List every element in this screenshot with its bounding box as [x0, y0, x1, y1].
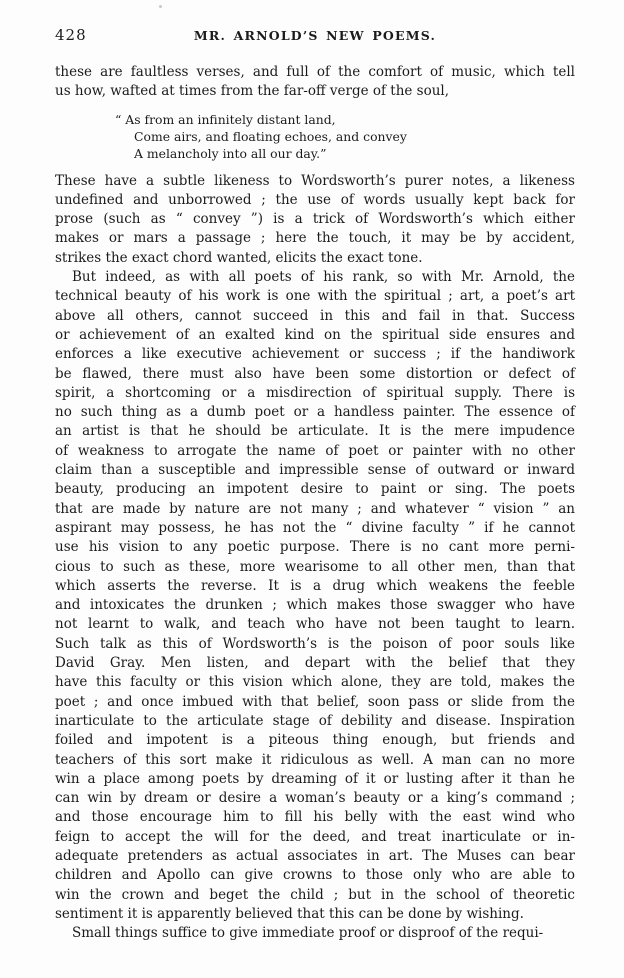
text-line: win a place among poets by dreaming of i… — [55, 770, 575, 789]
text-line: of weakness to arrogate the name of poet… — [55, 442, 575, 461]
text-line: an artist is that he should be articulat… — [55, 422, 575, 441]
page-number: 428 — [55, 26, 87, 44]
text-line: above all others, cannot succeed in this… — [55, 307, 575, 326]
verse-line: A melancholy into all our day.” — [134, 145, 575, 162]
text-line: children and Apollo can give crowns to t… — [55, 866, 575, 885]
text-line: can win by dream or desire a woman’s bea… — [55, 789, 575, 808]
verse-line: “ As from an infinitely distant land, — [115, 111, 575, 128]
page-header: 428 MR. ARNOLD’S NEW POEMS. — [55, 26, 575, 46]
text-line: feign to accept the will for the deed, a… — [55, 828, 575, 847]
text-line: technical beauty of his work is one with… — [55, 287, 575, 306]
text-line: poet ; and once imbued with that belief,… — [55, 693, 575, 712]
text-line: strikes the exact chord wanted, elicits … — [55, 249, 575, 268]
book-page: 428 MR. ARNOLD’S NEW POEMS. these are fa… — [0, 0, 624, 978]
text-line: these are faultless verses, and full of … — [55, 63, 575, 82]
text-line: enforces a like executive achievement or… — [55, 345, 575, 364]
text-line: cious to such as these, more wearisome t… — [55, 558, 575, 577]
text-line: aspirant may possess, he has not the “ d… — [55, 519, 575, 538]
text-line: These have a subtle likeness to Wordswor… — [55, 172, 575, 191]
text-line: be flawed, there must also have been som… — [55, 365, 575, 384]
paragraph: Small things suffice to give immediate p… — [55, 924, 575, 943]
text-line: no such thing as a dumb poet or a handle… — [55, 403, 575, 422]
text-line: foiled and impotent is a piteous thing e… — [55, 731, 575, 750]
paragraph: these are faultless verses, and full of … — [55, 63, 575, 102]
running-title: MR. ARNOLD’S NEW POEMS. — [55, 26, 575, 43]
text-line: have this faculty or this vision which a… — [55, 673, 575, 692]
text-line: which asserts the reverse. It is a drug … — [55, 577, 575, 596]
verse-quote: “ As from an infinitely distant land,Com… — [115, 111, 575, 162]
text-line: inarticulate to the articulate stage of … — [55, 712, 575, 731]
text-line: prose (such as “ convey ”) is a trick of… — [55, 210, 575, 229]
text-line: spirit, a shortcoming or a misdirection … — [55, 384, 575, 403]
text-line: But indeed, as with all poets of his ran… — [55, 268, 575, 287]
text-line: beauty, producing an impotent desire to … — [55, 480, 575, 499]
verse-line: Come airs, and floating echoes, and conv… — [134, 128, 575, 145]
text-line: adequate pretenders as actual associates… — [55, 847, 575, 866]
text-line: win the crown and beget the child ; but … — [55, 886, 575, 905]
text-line: us how, wafted at times from the far-off… — [55, 82, 575, 101]
text-body: these are faultless verses, and full of … — [55, 63, 575, 943]
scan-speck — [159, 5, 162, 8]
paragraph: These have a subtle likeness to Wordswor… — [55, 172, 575, 268]
text-line: teachers of this sort make it ridiculous… — [55, 751, 575, 770]
text-line: makes or mars a passage ; here the touch… — [55, 229, 575, 248]
text-line: Small things suffice to give immediate p… — [55, 924, 575, 943]
text-line: and intoxicates the drunken ; which make… — [55, 596, 575, 615]
text-line: undefined and unborrowed ; the use of wo… — [55, 191, 575, 210]
text-line: use his vision to any poetic purpose. Th… — [55, 538, 575, 557]
paragraph: But indeed, as with all poets of his ran… — [55, 268, 575, 924]
text-line: David Gray. Men listen, and depart with … — [55, 654, 575, 673]
text-line: and those encourage him to fill his bell… — [55, 808, 575, 827]
text-line: claim than a susceptible and impressible… — [55, 461, 575, 480]
text-line: that are made by nature are not many ; a… — [55, 500, 575, 519]
text-line: or achievement of an exalted kind on the… — [55, 326, 575, 345]
text-line: not learnt to walk, and teach who have n… — [55, 615, 575, 634]
text-line: sentiment it is apparently believed that… — [55, 905, 575, 924]
text-line: Such talk as this of Wordsworth’s is the… — [55, 635, 575, 654]
